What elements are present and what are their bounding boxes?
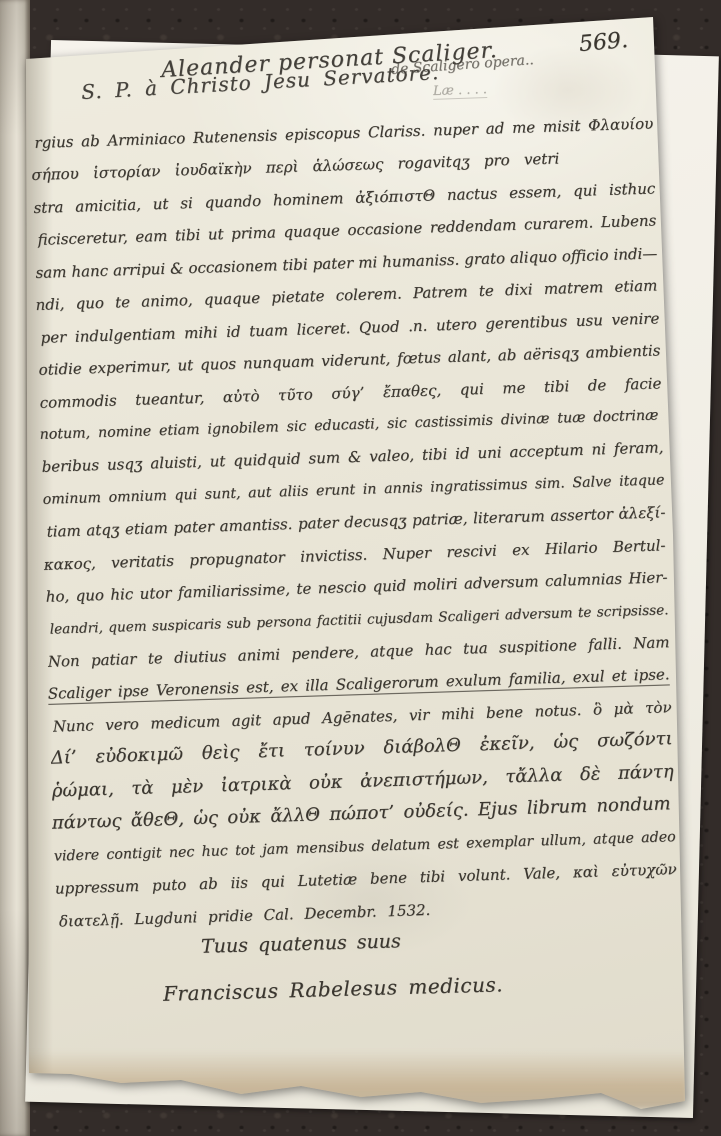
manuscript-page-wrap: Aleander personat Scaliger. 569. S. P. à…	[23, 15, 688, 1125]
letter-body: rgius ab Arminiaco Rutenensis episcopus …	[31, 107, 686, 937]
photo-of-manuscript: Aleander personat Scaliger. 569. S. P. à…	[0, 0, 721, 1136]
page-number: 569.	[578, 28, 629, 57]
foxed-bottom-edge	[23, 1051, 688, 1109]
signature: Franciscus Rabelesus medicus.	[163, 972, 504, 1005]
manuscript-page: Aleander personat Scaliger. 569. S. P. à…	[23, 15, 688, 1125]
margin-annotation-faded: Læ . . . .	[433, 82, 487, 100]
